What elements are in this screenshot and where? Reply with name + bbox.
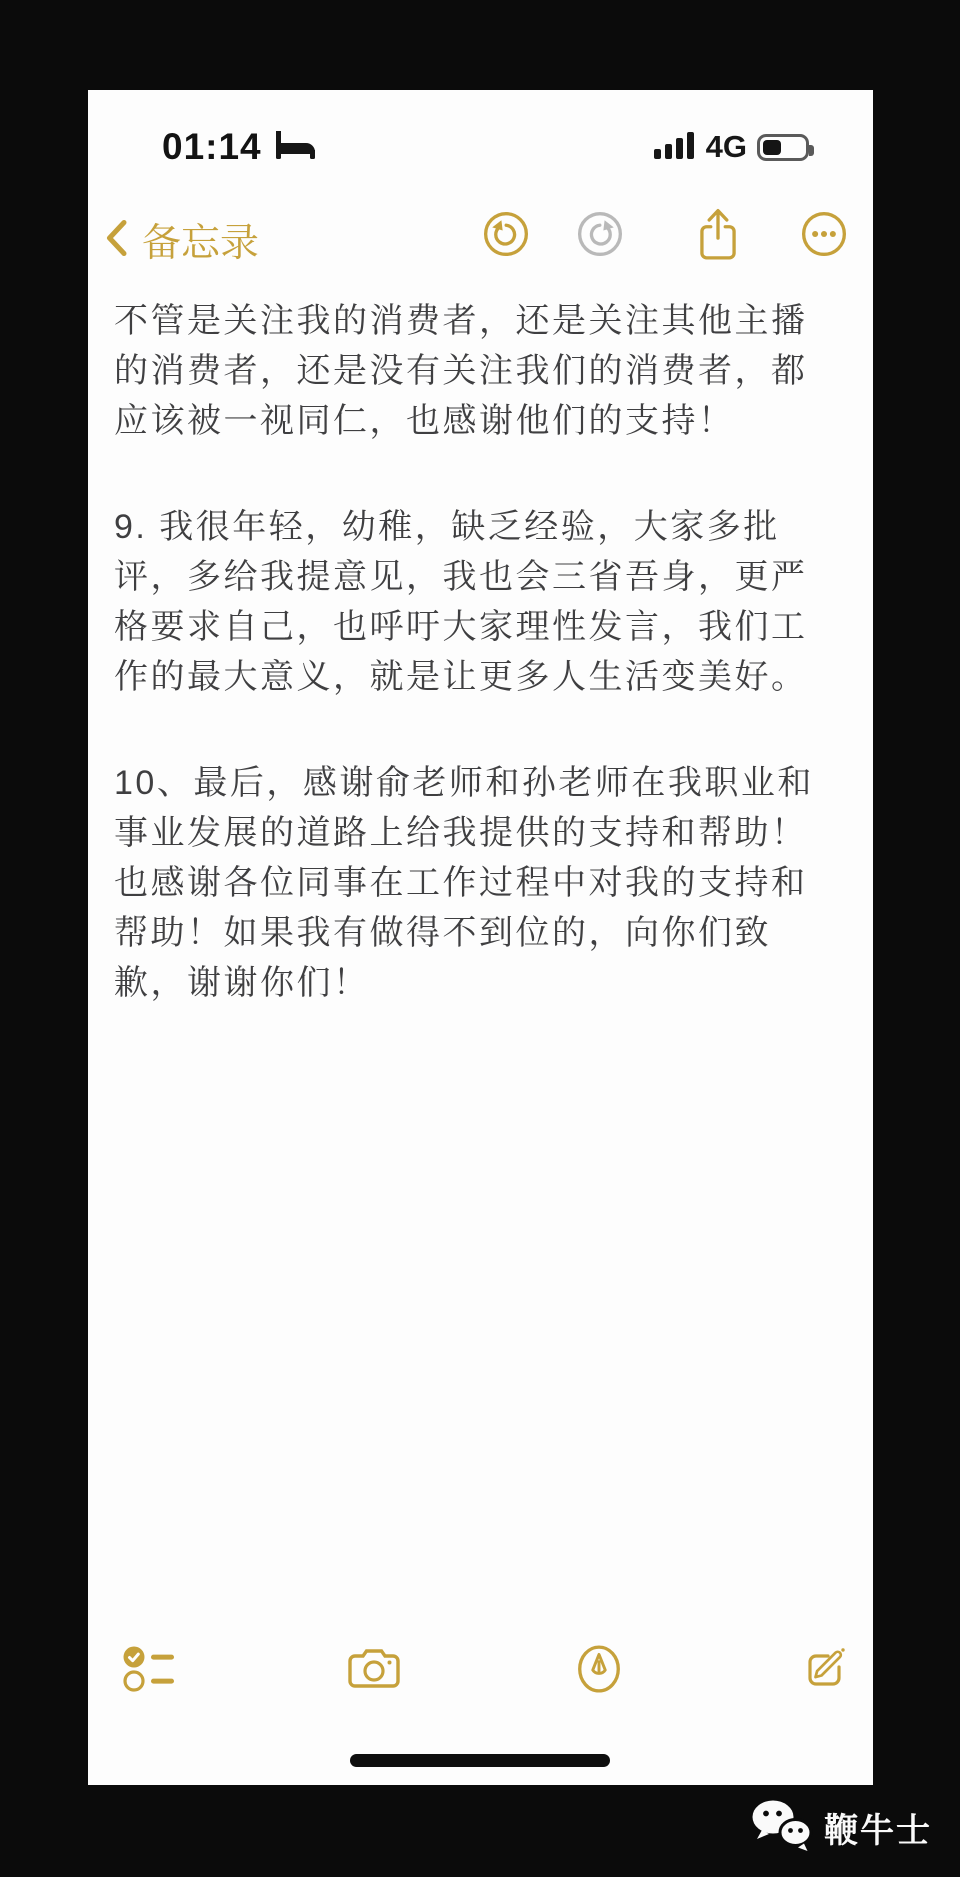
- compose-icon: [799, 1645, 849, 1696]
- back-label: 备忘录: [142, 212, 259, 268]
- checklist-button[interactable]: [118, 1642, 180, 1698]
- battery-icon: [757, 134, 809, 161]
- undo-button[interactable]: [482, 210, 530, 258]
- watermark: 鞭牛士: [750, 1798, 932, 1857]
- more-button[interactable]: [800, 210, 848, 258]
- note-paragraph: 10、最后，感谢俞老师和孙老师在我职业和 事业发展的道路上给我提供的支持和帮助！…: [114, 758, 859, 1008]
- battery-nub: [809, 145, 814, 156]
- share-icon: [695, 250, 741, 265]
- markup-icon: [575, 1644, 623, 1697]
- signal-strength-icon: [654, 131, 696, 164]
- toolbar: [88, 1642, 873, 1702]
- phone-screen: 01:14 4G: [88, 90, 873, 1785]
- more-icon: [800, 246, 848, 261]
- nav-bar: 备忘录: [88, 206, 873, 270]
- bedtime-icon: [274, 130, 318, 165]
- chevron-left-icon: [104, 219, 128, 262]
- share-button[interactable]: [694, 206, 742, 254]
- undo-icon: [482, 246, 530, 261]
- watermark-text: 鞭牛士: [824, 1803, 932, 1852]
- status-bar: 01:14 4G: [88, 124, 873, 170]
- markup-button[interactable]: [568, 1642, 630, 1698]
- redo-button[interactable]: [576, 210, 624, 258]
- wechat-icon: [750, 1798, 814, 1857]
- checklist-icon: [122, 1645, 176, 1696]
- camera-icon: [345, 1645, 403, 1696]
- network-type: 4G: [706, 129, 747, 165]
- back-button[interactable]: 备忘录: [104, 212, 259, 268]
- note-paragraph: 9. 我很年轻，幼稚，缺乏经验，大家多批 评，多给我提意见，我也会三省吾身，更严…: [114, 502, 859, 702]
- home-indicator[interactable]: [350, 1754, 610, 1767]
- compose-button[interactable]: [793, 1642, 855, 1698]
- status-time: 01:14: [162, 126, 262, 168]
- battery-fill: [763, 140, 781, 155]
- note-paragraph: 不管是关注我的消费者，还是关注其他主播 的消费者，还是没有关注我们的消费者，都 …: [114, 296, 859, 446]
- redo-icon: [576, 246, 624, 261]
- camera-button[interactable]: [343, 1642, 405, 1698]
- note-content[interactable]: 不管是关注我的消费者，还是关注其他主播 的消费者，还是没有关注我们的消费者，都 …: [114, 296, 859, 1064]
